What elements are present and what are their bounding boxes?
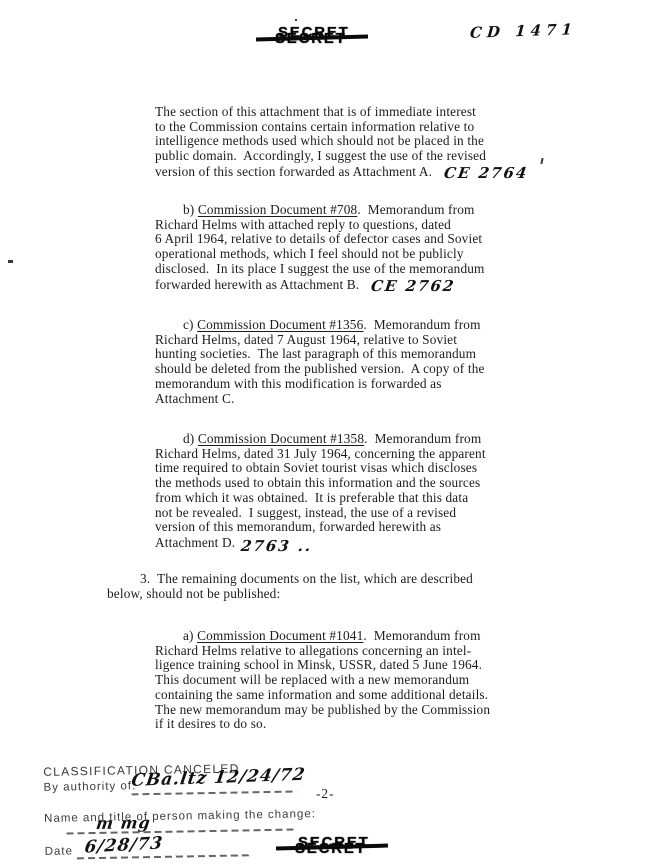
item-letter: d) bbox=[183, 431, 198, 446]
text-line: d) Commission Document #1358. Memorandum… bbox=[155, 432, 575, 447]
text-line: This document will be replaced with a ne… bbox=[155, 673, 575, 688]
text-segment: . Memorandum from bbox=[363, 317, 480, 332]
document-reference: Commission Document #1358 bbox=[198, 431, 364, 446]
text-line: from which it was obtained. It is prefer… bbox=[155, 491, 575, 506]
text-line: 6 April 1964, relative to details of def… bbox=[155, 232, 575, 247]
paragraph-item-b: b) Commission Document #708. Memorandum … bbox=[155, 203, 575, 292]
text-line: memorandum with this modification is for… bbox=[155, 377, 575, 392]
secret-stamp-top: SECRET SECRET bbox=[278, 24, 368, 54]
text-line: intelligence methods used which should n… bbox=[155, 134, 575, 149]
text-line: Richard Helms relative to allegations co… bbox=[155, 644, 575, 659]
handwritten-exhibit-number: CE 2762 bbox=[370, 279, 456, 294]
text-segment: forwarded herewith as Attachment B. bbox=[155, 277, 359, 292]
text-line: forwarded herewith as Attachment B.CE 27… bbox=[155, 277, 575, 293]
authority-label: By authority of: bbox=[43, 780, 136, 794]
paragraph-item-c: c) Commission Document #1356. Memorandum… bbox=[155, 318, 575, 406]
item-letter: c) bbox=[183, 317, 197, 332]
text-line: version of this memorandum, forwarded he… bbox=[155, 520, 575, 535]
item-letter: b) bbox=[183, 202, 198, 217]
text-line: the methods used to obtain this informat… bbox=[155, 476, 575, 491]
text-line: hunting societies. The last paragraph of… bbox=[155, 347, 575, 362]
date-label: Date bbox=[45, 845, 74, 857]
text-line: version of this section forwarded as Att… bbox=[155, 164, 575, 180]
secret-stamp-bottom: SECRET SECRET bbox=[298, 834, 388, 864]
document-page: SECRET SECRET CD 1471 The section of thi… bbox=[0, 0, 653, 865]
item-letter: a) bbox=[183, 628, 197, 643]
handwritten-initials: m mg bbox=[95, 813, 152, 833]
paragraph-item-a: a) Commission Document #1041. Memorandum… bbox=[155, 629, 575, 732]
text-line: b) Commission Document #708. Memorandum … bbox=[155, 203, 575, 218]
text-line: 3. The remaining documents on the list, … bbox=[107, 572, 567, 587]
page-number: -2- bbox=[316, 786, 335, 802]
text-segment: version of this section forwarded as Att… bbox=[155, 164, 432, 179]
document-reference: Commission Document #1356 bbox=[197, 317, 363, 332]
text-segment: . Memorandum from bbox=[363, 628, 480, 643]
text-line: if it desires to do so. bbox=[155, 717, 575, 732]
document-reference: Commission Document #1041 bbox=[197, 628, 363, 643]
authority-fill-line bbox=[132, 790, 297, 795]
paragraph-3: 3. The remaining documents on the list, … bbox=[107, 572, 567, 601]
text-line: public domain. Accordingly, I suggest th… bbox=[155, 149, 575, 164]
text-line: Richard Helms with attached reply to que… bbox=[155, 218, 575, 233]
text-line: to the Commission contains certain infor… bbox=[155, 120, 575, 135]
text-segment: . Memorandum from bbox=[364, 431, 481, 446]
text-line: should be deleted from the published ver… bbox=[155, 362, 575, 377]
handwritten-doc-number: CD 1471 bbox=[469, 20, 577, 42]
text-line: Attachment C. bbox=[155, 392, 575, 407]
scan-mark bbox=[295, 19, 297, 21]
text-line: Attachment D.2763 .. bbox=[155, 535, 575, 551]
scan-mark bbox=[8, 260, 13, 263]
text-segment: Attachment D. bbox=[155, 535, 235, 550]
text-line: disclosed. In its place I suggest the us… bbox=[155, 262, 575, 277]
text-line: time required to obtain Soviet tourist v… bbox=[155, 461, 575, 476]
text-line: ligence training school in Minsk, USSR, … bbox=[155, 658, 575, 673]
text-line: operational methods, which I feel should… bbox=[155, 247, 575, 262]
text-line: below, should not be published: bbox=[107, 587, 567, 602]
handwritten-exhibit-number: CE 2764 bbox=[443, 166, 529, 181]
text-line: not be revealed. I suggest, instead, the… bbox=[155, 506, 575, 521]
handwritten-exhibit-number: 2763 .. bbox=[240, 539, 313, 554]
handwritten-date: 6/28/73 bbox=[83, 833, 164, 857]
text-line: The new memorandum may be published by t… bbox=[155, 703, 575, 718]
paragraph-intro: The section of this attachment that is o… bbox=[155, 105, 575, 180]
text-line: a) Commission Document #1041. Memorandum… bbox=[155, 629, 575, 644]
text-line: The section of this attachment that is o… bbox=[155, 105, 575, 120]
name-title-label: Name and title of person making the chan… bbox=[44, 808, 316, 825]
text-line: c) Commission Document #1356. Memorandum… bbox=[155, 318, 575, 333]
text-line: Richard Helms, dated 7 August 1964, rela… bbox=[155, 333, 575, 348]
document-reference: Commission Document #708 bbox=[198, 202, 357, 217]
paragraph-item-d: d) Commission Document #1358. Memorandum… bbox=[155, 432, 575, 551]
text-line: containing the same information and some… bbox=[155, 688, 575, 703]
text-segment: . Memorandum from bbox=[357, 202, 474, 217]
text-line: Richard Helms, dated 31 July 1964, conce… bbox=[155, 447, 575, 462]
